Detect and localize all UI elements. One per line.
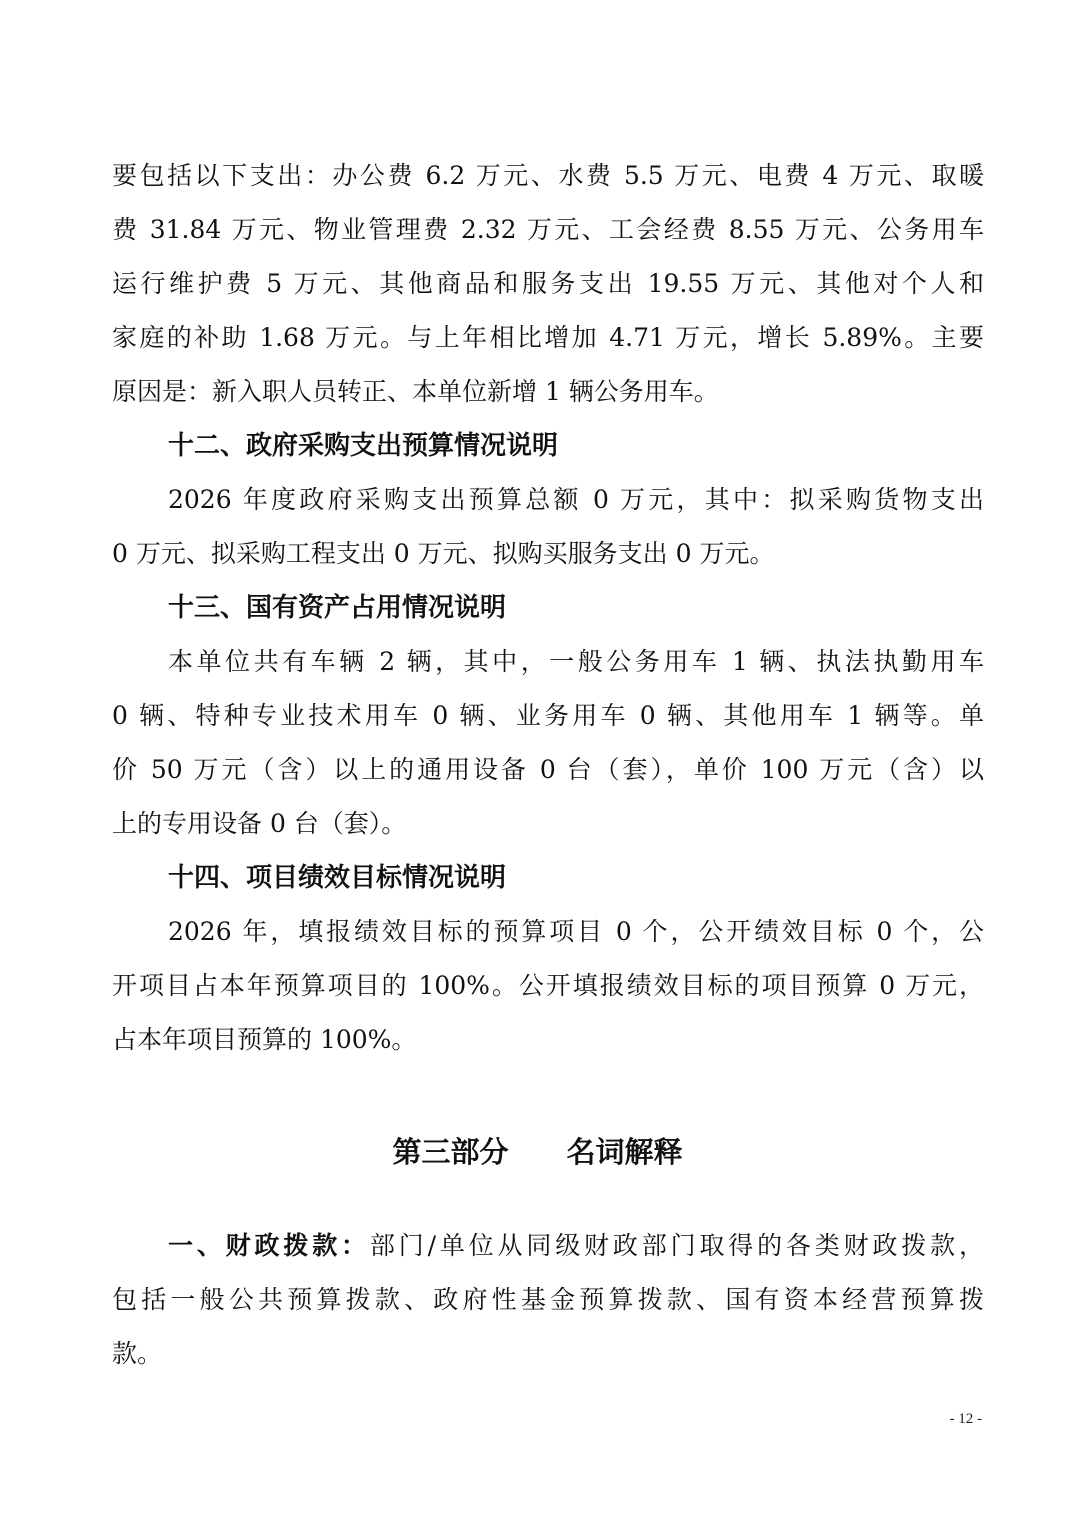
definition-first-line: 一、财政拨款：部门/单位从同级财政部门取得的各类财政拨款， [168, 1226, 984, 1266]
paragraph-line: 原因是：新入职人员转正、本单位新增 1 辆公务用车。 [112, 372, 984, 412]
paragraph-line: 家庭的补助 1.68 万元。与上年相比增加 4.71 万元，增长 5.89%。主… [112, 318, 984, 358]
definition-text: 部门/单位从同级财政部门取得的各类财政拨款， [370, 1231, 984, 1260]
document-page: 要包括以下支出：办公费 6.2 万元、水费 5.5 万元、电费 4 万元、取暖 … [0, 0, 1075, 1520]
paragraph-line: 占本年项目预算的 100%。 [112, 1020, 984, 1060]
paragraph-line: 2026 年度政府采购支出预算总额 0 万元，其中：拟采购货物支出 [168, 480, 984, 520]
definition-term: 一、财政拨款： [168, 1231, 370, 1260]
paragraph-line: 款。 [112, 1334, 984, 1374]
page-number: - 12 - [950, 1409, 983, 1429]
paragraph-line: 要包括以下支出：办公费 6.2 万元、水费 5.5 万元、电费 4 万元、取暖 [112, 156, 984, 196]
paragraph-line: 0 万元、拟采购工程支出 0 万元、拟购买服务支出 0 万元。 [112, 534, 984, 574]
paragraph-line: 2026 年，填报绩效目标的预算项目 0 个，公开绩效目标 0 个，公 [168, 912, 984, 952]
section-heading: 十二、政府采购支出预算情况说明 [168, 426, 558, 466]
paragraph-line: 运行维护费 5 万元、其他商品和服务支出 19.55 万元、其他对个人和 [112, 264, 984, 304]
section-heading: 十三、国有资产占用情况说明 [168, 588, 506, 628]
part-title: 第三部分 名词解释 [0, 1130, 1075, 1174]
section-heading: 十四、项目绩效目标情况说明 [168, 858, 506, 898]
paragraph-line: 费 31.84 万元、物业管理费 2.32 万元、工会经费 8.55 万元、公务… [112, 210, 984, 250]
paragraph-line: 价 50 万元（含）以上的通用设备 0 台（套），单价 100 万元（含）以 [112, 750, 984, 790]
paragraph-line: 开项目占本年预算项目的 100%。公开填报绩效目标的项目预算 0 万元， [112, 966, 984, 1006]
paragraph-line: 0 辆、特种专业技术用车 0 辆、业务用车 0 辆、其他用车 1 辆等。单 [112, 696, 984, 736]
paragraph-line: 本单位共有车辆 2 辆，其中，一般公务用车 1 辆、执法执勤用车 [168, 642, 984, 682]
paragraph-line: 上的专用设备 0 台（套）。 [112, 804, 984, 844]
paragraph-line: 包括一般公共预算拨款、政府性基金预算拨款、国有资本经营预算拨 [112, 1280, 984, 1320]
